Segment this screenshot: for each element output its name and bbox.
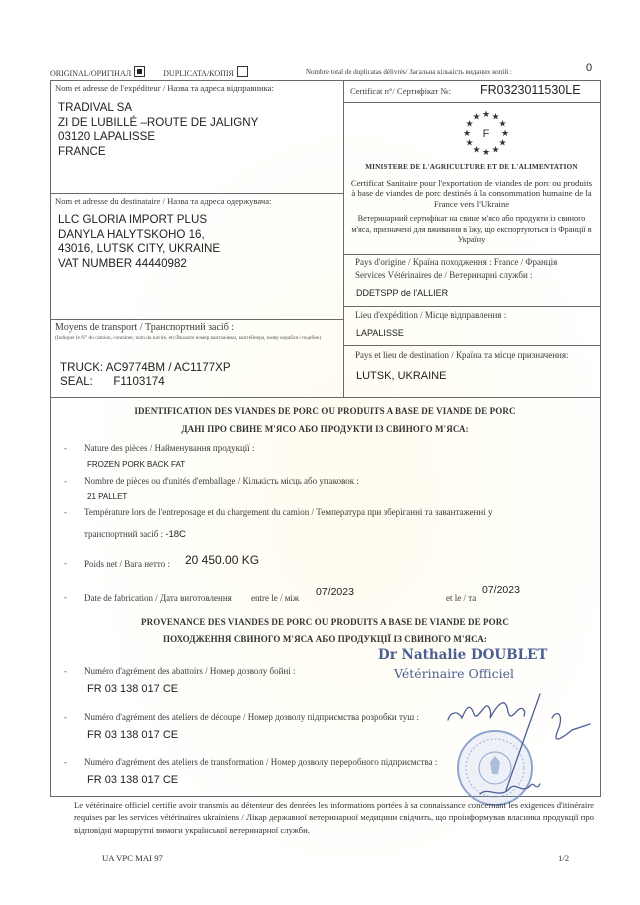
sender-address: TRADIVAL SA ZI DE LUBILLÉ –ROUTE DE JALI… <box>58 101 258 159</box>
original-marker: ORIGINAL/ОРИГІНАЛ DUPLICATA/КОПІЯ <box>50 66 248 78</box>
divider-sender-consignee <box>50 193 343 194</box>
truck-label: TRUCK: <box>60 361 103 374</box>
transport-hint: (Indiquer le N° du camion, container, no… <box>55 335 340 342</box>
divider-origin-dispatch <box>343 306 600 307</box>
processing-plant-value: FR 03 138 017 CE <box>87 774 178 786</box>
temperature-label: Température lors de l'entreposage et du … <box>84 507 492 517</box>
total-duplicates-label: Nombre total de duplicatas délivrés/ Заг… <box>306 68 512 76</box>
provenance-title-fr: PROVENANCE DES VIANDES DE PORC OU PRODUI… <box>50 617 600 627</box>
transport-label: Moyens de transport / Транспортний засіб… <box>55 322 234 333</box>
consignee-line: 43016, LUTSK CITY, UKRAINE <box>58 242 220 257</box>
bullet-dash: - <box>64 476 67 486</box>
svg-text:★: ★ <box>498 138 506 148</box>
bullet-dash: - <box>64 757 67 767</box>
certificate-title-ua: Ветеринарний сертифікат на свинe м'ясо а… <box>350 214 593 246</box>
cutting-plant-label: Numéro d'agrément des ateliers de découp… <box>84 712 419 722</box>
provenance-title-ua: ПОХОДЖЕННЯ СВИНОГО М'ЯСА АБО ПРОДУКЦІЇ І… <box>50 634 600 644</box>
consignee-address: LLC GLORIA IMPORT PLUS DANYLA HALYTSKOHO… <box>58 213 220 271</box>
weight-label: Poids net / Вага нетто : <box>84 559 170 569</box>
cutting-plant-value: FR 03 138 017 CE <box>87 729 178 741</box>
bullet-dash: - <box>64 558 67 568</box>
divider-consignee-transport <box>50 319 343 320</box>
divider-top-grid-bottom <box>50 397 600 398</box>
original-label: ORIGINAL/ОРИГІНАЛ <box>50 69 131 78</box>
certificate-number-value: FR0323011530LE <box>480 83 581 97</box>
svg-text:★: ★ <box>465 138 473 148</box>
processing-plant-label: Numéro d'agrément des ateliers de transf… <box>84 757 437 767</box>
pieces-label: Nombre de pièces ou d'unités d'emballage… <box>84 476 359 486</box>
sender-line: FRANCE <box>58 145 258 160</box>
svg-text:★: ★ <box>482 147 490 157</box>
seal-row: SEAL: F1103174 <box>60 375 165 388</box>
signatory-name: Dr Nathalie DOUBLET <box>378 647 547 663</box>
ministry-title: MINISTERE DE L'AGRICULTURE ET DE L'ALIME… <box>343 163 600 171</box>
nature-value: FROZEN PORK BACK FAT <box>87 460 185 469</box>
svg-text:★: ★ <box>472 112 480 122</box>
consignee-line: DANYLA HALYTSKOHO 16, <box>58 228 220 243</box>
sender-line: TRADIVAL SA <box>58 101 258 116</box>
sender-line: ZI DE LUBILLÉ –ROUTE DE JALIGNY <box>58 116 258 131</box>
svg-text:★: ★ <box>501 128 509 138</box>
identification-title-fr: IDENTIFICATION DES VIANDES DE PORC OU PR… <box>50 406 600 416</box>
svg-text:F: F <box>483 128 490 140</box>
manufacture-date-label: Date de fabrication / Дата виготовлення <box>84 593 232 603</box>
truck-row: TRUCK: AC9774BM / AC1177XP <box>60 361 231 374</box>
duplicata-checkbox[interactable] <box>237 66 248 77</box>
form-code: UA VPC MAI 97 <box>102 853 163 863</box>
footer-statement: Le vétérinaire officiel certifie avoir t… <box>74 799 594 836</box>
seal-label: SEAL: <box>60 375 93 388</box>
certificate-number-label: Certificat n°/ Сертифікат №: <box>350 86 451 96</box>
destination-value: LUTSK, UKRAINE <box>356 370 446 382</box>
divider-certno <box>343 102 600 103</box>
bullet-dash: - <box>64 507 67 517</box>
sender-line: 03120 LAPALISSE <box>58 130 258 145</box>
frame-top-border <box>50 80 600 81</box>
date-and-label: et le / та <box>446 593 476 603</box>
nature-label: Nature des pièces / Найменування продукц… <box>84 443 255 453</box>
grid-vertical-divider <box>343 80 344 397</box>
svg-text:★: ★ <box>463 128 471 138</box>
date-between-label: entre le / між <box>251 593 299 603</box>
origin-label: Pays d'origine / Країна походження : Fra… <box>355 257 557 267</box>
consignee-line: LLC GLORIA IMPORT PLUS <box>58 213 220 228</box>
slaughterhouse-label: Numéro d'agrément des abattoirs / Номер … <box>84 666 296 676</box>
certificate-title-fr: Certificat Sanitaire pour l'exportation … <box>350 178 593 209</box>
pieces-value: 21 PALLET <box>87 492 127 501</box>
temperature-label-2: транспортний засіб : <box>84 529 163 539</box>
bullet-dash: - <box>64 666 67 676</box>
dispatch-label: Lieu d'expédition / Місце відправлення : <box>355 310 506 320</box>
truck-value: AC9774BM / AC1177XP <box>106 361 231 374</box>
frame-left-border <box>50 80 51 796</box>
divider-dispatch-destination <box>343 345 600 346</box>
original-checkbox[interactable] <box>134 66 145 77</box>
vet-services-value: DDETSPP de l'ALLIER <box>356 288 448 298</box>
signature-and-stamp <box>440 690 610 810</box>
seal-value: F1103174 <box>113 375 164 388</box>
consignee-line: VAT NUMBER 44440982 <box>58 257 220 272</box>
svg-text:★: ★ <box>491 145 499 155</box>
svg-text:★: ★ <box>472 145 480 155</box>
consignee-label: Nom et adresse du destinataire / Назва т… <box>55 196 271 206</box>
total-duplicates-value: 0 <box>586 62 592 74</box>
weight-value: 20 450.00 KG <box>185 553 259 567</box>
date-from-value: 07/2023 <box>316 586 354 598</box>
page-number: 1/2 <box>558 853 569 863</box>
eu-stars-emblem-icon: ★★★★★★★★★★★★F <box>458 108 514 158</box>
sender-label: Nom et adresse de l'expéditeur / Назва т… <box>55 83 274 93</box>
svg-text:★: ★ <box>498 119 506 129</box>
identification-title-ua: ДАНІ ПРО СВИНЕ М'ЯСО АБО ПРОДУКТИ ІЗ СВИ… <box>50 424 600 434</box>
duplicata-label: DUPLICATA/КОПІЯ <box>163 69 234 78</box>
frame-right-border <box>600 80 601 796</box>
divider-title-origin <box>343 254 600 255</box>
bullet-dash: - <box>64 712 67 722</box>
svg-text:★: ★ <box>482 109 490 119</box>
date-to-value: 07/2023 <box>482 584 520 596</box>
bullet-dash: - <box>64 592 67 602</box>
bullet-dash: - <box>64 443 67 453</box>
temperature-value: -18C <box>165 529 186 540</box>
signatory-title: Vétérinaire Officiel <box>394 666 514 681</box>
destination-label: Pays et lieu de destination / Країна та … <box>355 350 569 360</box>
temperature-row: транспортний засіб : -18C <box>84 529 186 540</box>
vet-services-label: Services Vétérinaires de / Ветеринарні с… <box>355 270 533 280</box>
official-stamp-icon <box>458 731 532 805</box>
dispatch-value: LAPALISSE <box>356 328 404 338</box>
slaughterhouse-value: FR 03 138 017 CE <box>87 683 178 695</box>
